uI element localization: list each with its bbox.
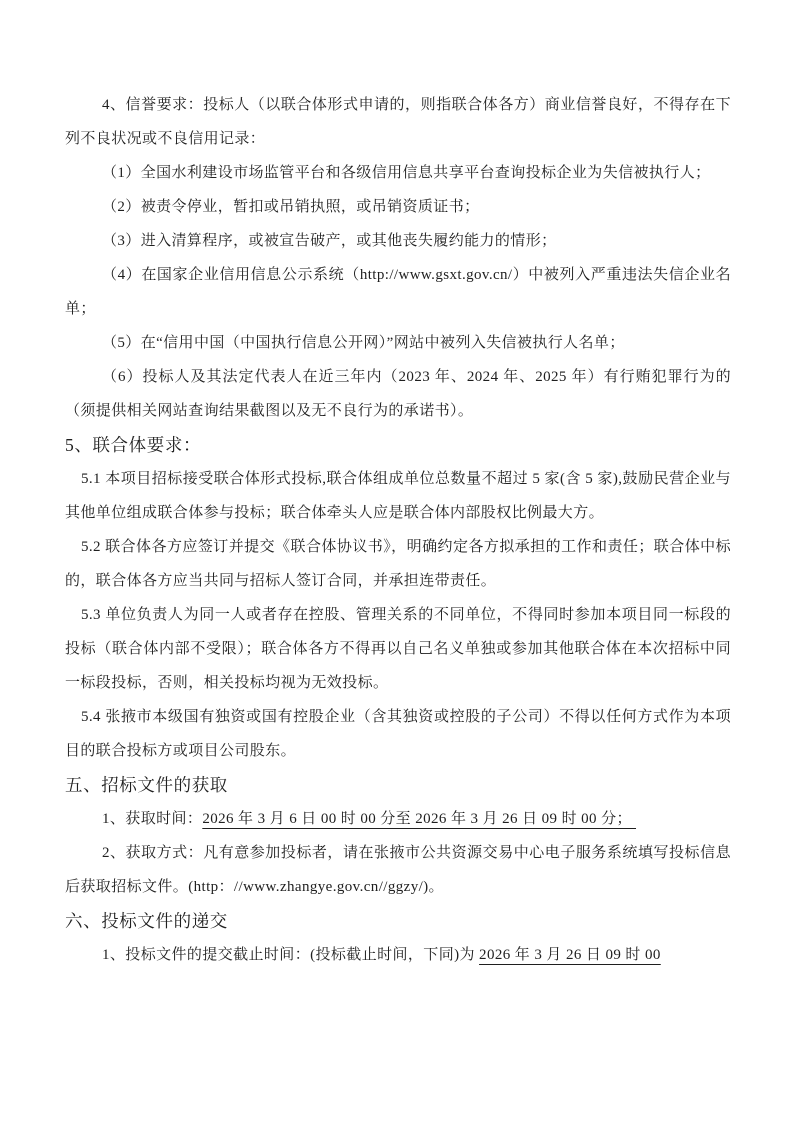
- consortium-clause-5-1: 5.1 本项目招标接受联合体形式投标,联合体组成单位总数量不超过 5 家(含 5…: [65, 462, 731, 530]
- consortium-clause-5-4: 5.4 张掖市本级国有独资或国有控股企业（含其独资或控股的子公司）不得以任何方式…: [65, 700, 731, 768]
- credit-bad-record-item-4: （4）在国家企业信用信息公示系统（http://www.gsxt.gov.cn/…: [65, 258, 731, 326]
- credit-bad-record-item-6: （6）投标人及其法定代表人在近三年内（2023 年、2024 年、2025 年）…: [65, 360, 731, 428]
- paragraph-submission-deadline: 1、投标文件的提交截止时间：(投标截止时间，下同)为 2026 年 3 月 26…: [65, 938, 731, 972]
- consortium-clause-5-2: 5.2 联合体各方应签订并提交《联合体协议书》，明确约定各方拟承担的工作和责任；…: [65, 530, 731, 598]
- heading-bid-submission: 六、投标文件的递交: [65, 904, 731, 938]
- heading-consortium-requirements: 5、联合体要求：: [65, 428, 731, 462]
- obtain-time-value: 2026 年 3 月 6 日 00 时 00 分至 2026 年 3 月 26 …: [202, 811, 636, 827]
- paragraph-obtain-time: 1、获取时间：2026 年 3 月 6 日 00 时 00 分至 2026 年 …: [65, 802, 731, 836]
- credit-bad-record-item-2: （2）被责令停业，暂扣或吊销执照，或吊销资质证书；: [65, 190, 731, 224]
- submission-deadline-label: 1、投标文件的提交截止时间：(投标截止时间，下同)为: [102, 947, 479, 963]
- credit-bad-record-item-5: （5）在“信用中国（中国执行信息公开网）”网站中被列入失信被执行人名单；: [65, 326, 731, 360]
- credit-bad-record-item-1: （1）全国水利建设市场监管平台和各级信用信息共享平台查询投标企业为失信被执行人；: [65, 156, 731, 190]
- consortium-clause-5-3: 5.3 单位负责人为同一人或者存在控股、管理关系的不同单位，不得同时参加本项目同…: [65, 598, 731, 700]
- heading-obtaining-bid-documents: 五、招标文件的获取: [65, 768, 731, 802]
- paragraph-obtain-method: 2、获取方式：凡有意参加投标者，请在张掖市公共资源交易中心电子服务系统填写投标信…: [65, 836, 731, 904]
- document-page: 4、信誉要求：投标人（以联合体形式申请的，则指联合体各方）商业信誉良好，不得存在…: [0, 0, 793, 1122]
- paragraph-credit-requirement-intro: 4、信誉要求：投标人（以联合体形式申请的，则指联合体各方）商业信誉良好，不得存在…: [65, 88, 731, 156]
- credit-bad-record-item-3: （3）进入清算程序，或被宣告破产，或其他丧失履约能力的情形；: [65, 224, 731, 258]
- submission-deadline-value: 2026 年 3 月 26 日 09 时 00: [479, 947, 661, 963]
- obtain-time-label: 1、获取时间：: [102, 811, 202, 827]
